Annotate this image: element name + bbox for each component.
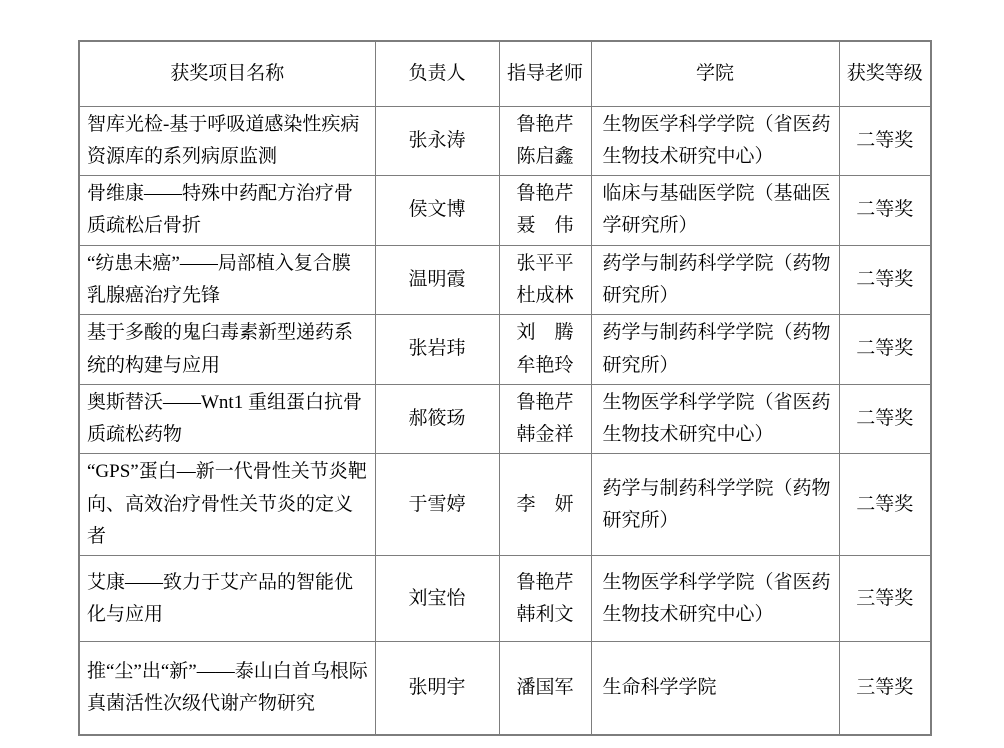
table-row: 奥斯替沃——Wnt1 重组蛋白抗骨质疏松药物 郝筱玚 鲁艳芹 韩金祥 生物医学科… (79, 384, 931, 454)
award-level: 二等奖 (839, 384, 931, 454)
award-level: 三等奖 (839, 642, 931, 735)
college-name: 药学与制药科学学院（药物研究所） (591, 245, 839, 315)
project-name: 智库光检-基于呼吸道感染性疾病资源库的系列病原监测 (79, 106, 375, 176)
college-name: 临床与基础医学院（基础医学研究所） (591, 176, 839, 246)
project-name: 奥斯替沃——Wnt1 重组蛋白抗骨质疏松药物 (79, 384, 375, 454)
award-level: 二等奖 (839, 454, 931, 556)
header-row: 获奖项目名称 负责人 指导老师 学院 获奖等级 (79, 41, 931, 106)
teacher-names: 鲁艳芹 韩利文 (499, 556, 591, 642)
leader-name: 温明霞 (375, 245, 499, 315)
leader-name: 张明宇 (375, 642, 499, 735)
project-name: “纺患未癌”——局部植入复合膜乳腺癌治疗先锋 (79, 245, 375, 315)
project-name: 基于多酸的鬼臼毒素新型递药系统的构建与应用 (79, 315, 375, 385)
table-row: 智库光检-基于呼吸道感染性疾病资源库的系列病原监测 张永涛 鲁艳芹 陈启鑫 生物… (79, 106, 931, 176)
document-page: 获奖项目名称 负责人 指导老师 学院 获奖等级 智库光检-基于呼吸道感染性疾病资… (0, 0, 1004, 748)
leader-name: 郝筱玚 (375, 384, 499, 454)
leader-name: 侯文博 (375, 176, 499, 246)
header-teachers: 指导老师 (499, 41, 591, 106)
award-level: 二等奖 (839, 176, 931, 246)
college-name: 药学与制药科学学院（药物研究所） (591, 315, 839, 385)
table-row: “纺患未癌”——局部植入复合膜乳腺癌治疗先锋 温明霞 张平平 杜成林 药学与制药… (79, 245, 931, 315)
award-level: 三等奖 (839, 556, 931, 642)
table-row: 艾康——致力于艾产品的智能优化与应用 刘宝怡 鲁艳芹 韩利文 生物医学科学学院（… (79, 556, 931, 642)
award-level: 二等奖 (839, 245, 931, 315)
table-row: 骨维康——特殊中药配方治疗骨质疏松后骨折 侯文博 鲁艳芹 聂 伟 临床与基础医学… (79, 176, 931, 246)
leader-name: 张永涛 (375, 106, 499, 176)
header-award: 获奖等级 (839, 41, 931, 106)
leader-name: 张岩玮 (375, 315, 499, 385)
header-leader: 负责人 (375, 41, 499, 106)
college-name: 生物医学科学学院（省医药生物技术研究中心） (591, 556, 839, 642)
teacher-names: 张平平 杜成林 (499, 245, 591, 315)
awards-table: 获奖项目名称 负责人 指导老师 学院 获奖等级 智库光检-基于呼吸道感染性疾病资… (78, 40, 932, 736)
header-college: 学院 (591, 41, 839, 106)
project-name: “GPS”蛋白—新一代骨性关节炎靶向、高效治疗骨性关节炎的定义者 (79, 454, 375, 556)
header-project: 获奖项目名称 (79, 41, 375, 106)
college-name: 药学与制药科学学院（药物研究所） (591, 454, 839, 556)
project-name: 骨维康——特殊中药配方治疗骨质疏松后骨折 (79, 176, 375, 246)
table-row: “GPS”蛋白—新一代骨性关节炎靶向、高效治疗骨性关节炎的定义者 于雪婷 李 妍… (79, 454, 931, 556)
teacher-names: 鲁艳芹 韩金祥 (499, 384, 591, 454)
leader-name: 于雪婷 (375, 454, 499, 556)
college-name: 生物医学科学学院（省医药生物技术研究中心） (591, 106, 839, 176)
project-name: 艾康——致力于艾产品的智能优化与应用 (79, 556, 375, 642)
teacher-names: 李 妍 (499, 454, 591, 556)
leader-name: 刘宝怡 (375, 556, 499, 642)
teacher-names: 鲁艳芹 陈启鑫 (499, 106, 591, 176)
table-row: 基于多酸的鬼臼毒素新型递药系统的构建与应用 张岩玮 刘 腾 牟艳玲 药学与制药科… (79, 315, 931, 385)
teacher-names: 潘国军 (499, 642, 591, 735)
award-level: 二等奖 (839, 315, 931, 385)
project-name: 推“尘”出“新”——泰山白首乌根际真菌活性次级代谢产物研究 (79, 642, 375, 735)
table-row: 推“尘”出“新”——泰山白首乌根际真菌活性次级代谢产物研究 张明宇 潘国军 生命… (79, 642, 931, 735)
award-level: 二等奖 (839, 106, 931, 176)
teacher-names: 鲁艳芹 聂 伟 (499, 176, 591, 246)
college-name: 生命科学学院 (591, 642, 839, 735)
college-name: 生物医学科学学院（省医药生物技术研究中心） (591, 384, 839, 454)
teacher-names: 刘 腾 牟艳玲 (499, 315, 591, 385)
